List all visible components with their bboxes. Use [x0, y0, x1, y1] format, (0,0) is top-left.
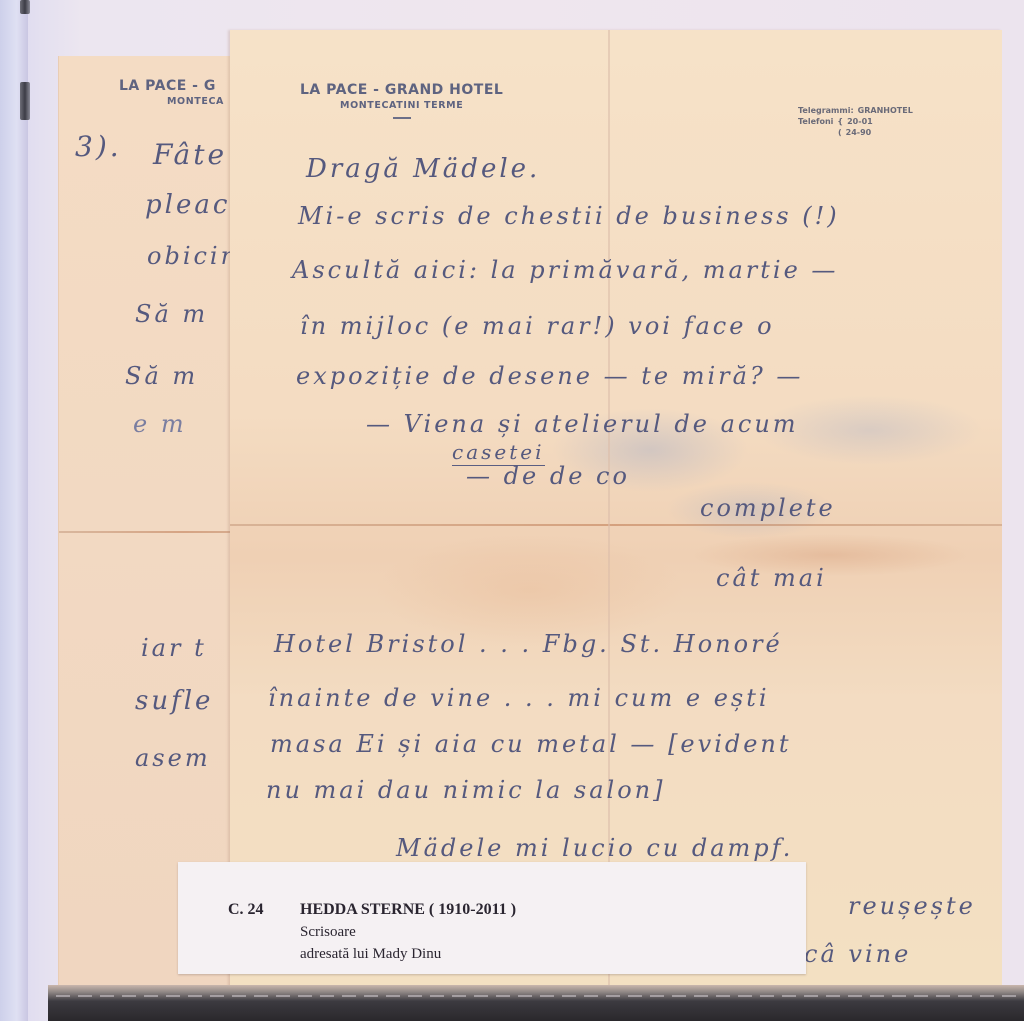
catalog-number: C. 24 [228, 901, 264, 919]
handwriting-line: — Viena și atelierul de acum [366, 410, 799, 438]
phone-number-1: 20-01 [847, 116, 873, 127]
exhibit-recipient: adresată lui Mady Dinu [300, 946, 441, 963]
phone-brace: ( [838, 127, 842, 138]
handwriting-line: nu mai dau nimic la salon] [266, 776, 666, 804]
handwriting-line: 3). [75, 130, 122, 163]
letter-front-sheet: LA PACE - GRAND HOTEL MONTECATINI TERME … [230, 30, 1002, 988]
exhibit-title: HEDDA STERNE ( 1910-2011 ) [300, 901, 516, 919]
exhibit-description: Scrisoare [300, 924, 356, 941]
handwriting-line: iar t [141, 634, 207, 662]
handwriting-line: Mädele mi lucio cu dampf. [396, 834, 793, 862]
handwriting-line: Să m [125, 362, 198, 390]
telegram-label: Telegrammi: [798, 105, 854, 116]
telegram-value: GRANHOTEL [858, 105, 913, 116]
handwriting-line: Fâte [153, 138, 227, 171]
binder-edge [0, 0, 28, 1021]
hotel-name: LA PACE - GRAND HOTEL [300, 82, 503, 98]
handwriting-line: asem [135, 744, 211, 772]
front-letterhead: LA PACE - GRAND HOTEL MONTECATINI TERME [300, 82, 503, 119]
handwriting-line: câ vine [804, 940, 911, 968]
handwriting-line: — de de co [466, 462, 630, 490]
handwriting-line: sufle [135, 686, 213, 716]
handwriting-line: Hotel Bristol . . . Fbg. St. Honoré [274, 630, 783, 658]
phone-label: Telefoni [798, 116, 833, 127]
handwriting-line: expoziție de desene — te miră? — [296, 362, 803, 390]
binder-ring-top [20, 0, 30, 14]
handwriting-line: cât mai [716, 564, 827, 592]
handwriting-line: în mijloc (e mai rar!) voi face o [300, 312, 775, 340]
handwriting-line: Să m [135, 300, 208, 328]
handwriting-line: complete [700, 494, 836, 522]
handwriting-line: înainte de vine . . . mi cum e ești [268, 684, 770, 712]
handwriting-line: reușește [848, 892, 976, 920]
handwriting-line: e m [133, 410, 187, 438]
hotel-location: MONTECATINI TERME [300, 100, 503, 111]
handwriting-line: Mi-e scris de chestii de business (!) [298, 202, 840, 230]
phone-brace: { [837, 116, 843, 127]
phone-number-2: 24-90 [846, 127, 872, 138]
horizontal-fold [230, 524, 1002, 526]
letterhead-dash [393, 117, 411, 119]
telegram-phone-block: Telegrammi: GRANHOTEL Telefoni { 20-01 (… [798, 105, 913, 138]
exhibit-label-card: C. 24 HEDDA STERNE ( 1910-2011 ) Scrisoa… [178, 862, 806, 974]
binder-ring-middle [20, 82, 30, 120]
handwriting-line: masa Ei și aia cu metal — [evident [270, 730, 792, 758]
handwriting-line: Ascultă aici: la primăvară, martie — [292, 256, 838, 284]
handwriting-line: obicin [147, 242, 239, 270]
binder-sleeve-edge [48, 985, 1024, 1021]
salutation: Dragă Mädele. [306, 154, 540, 184]
